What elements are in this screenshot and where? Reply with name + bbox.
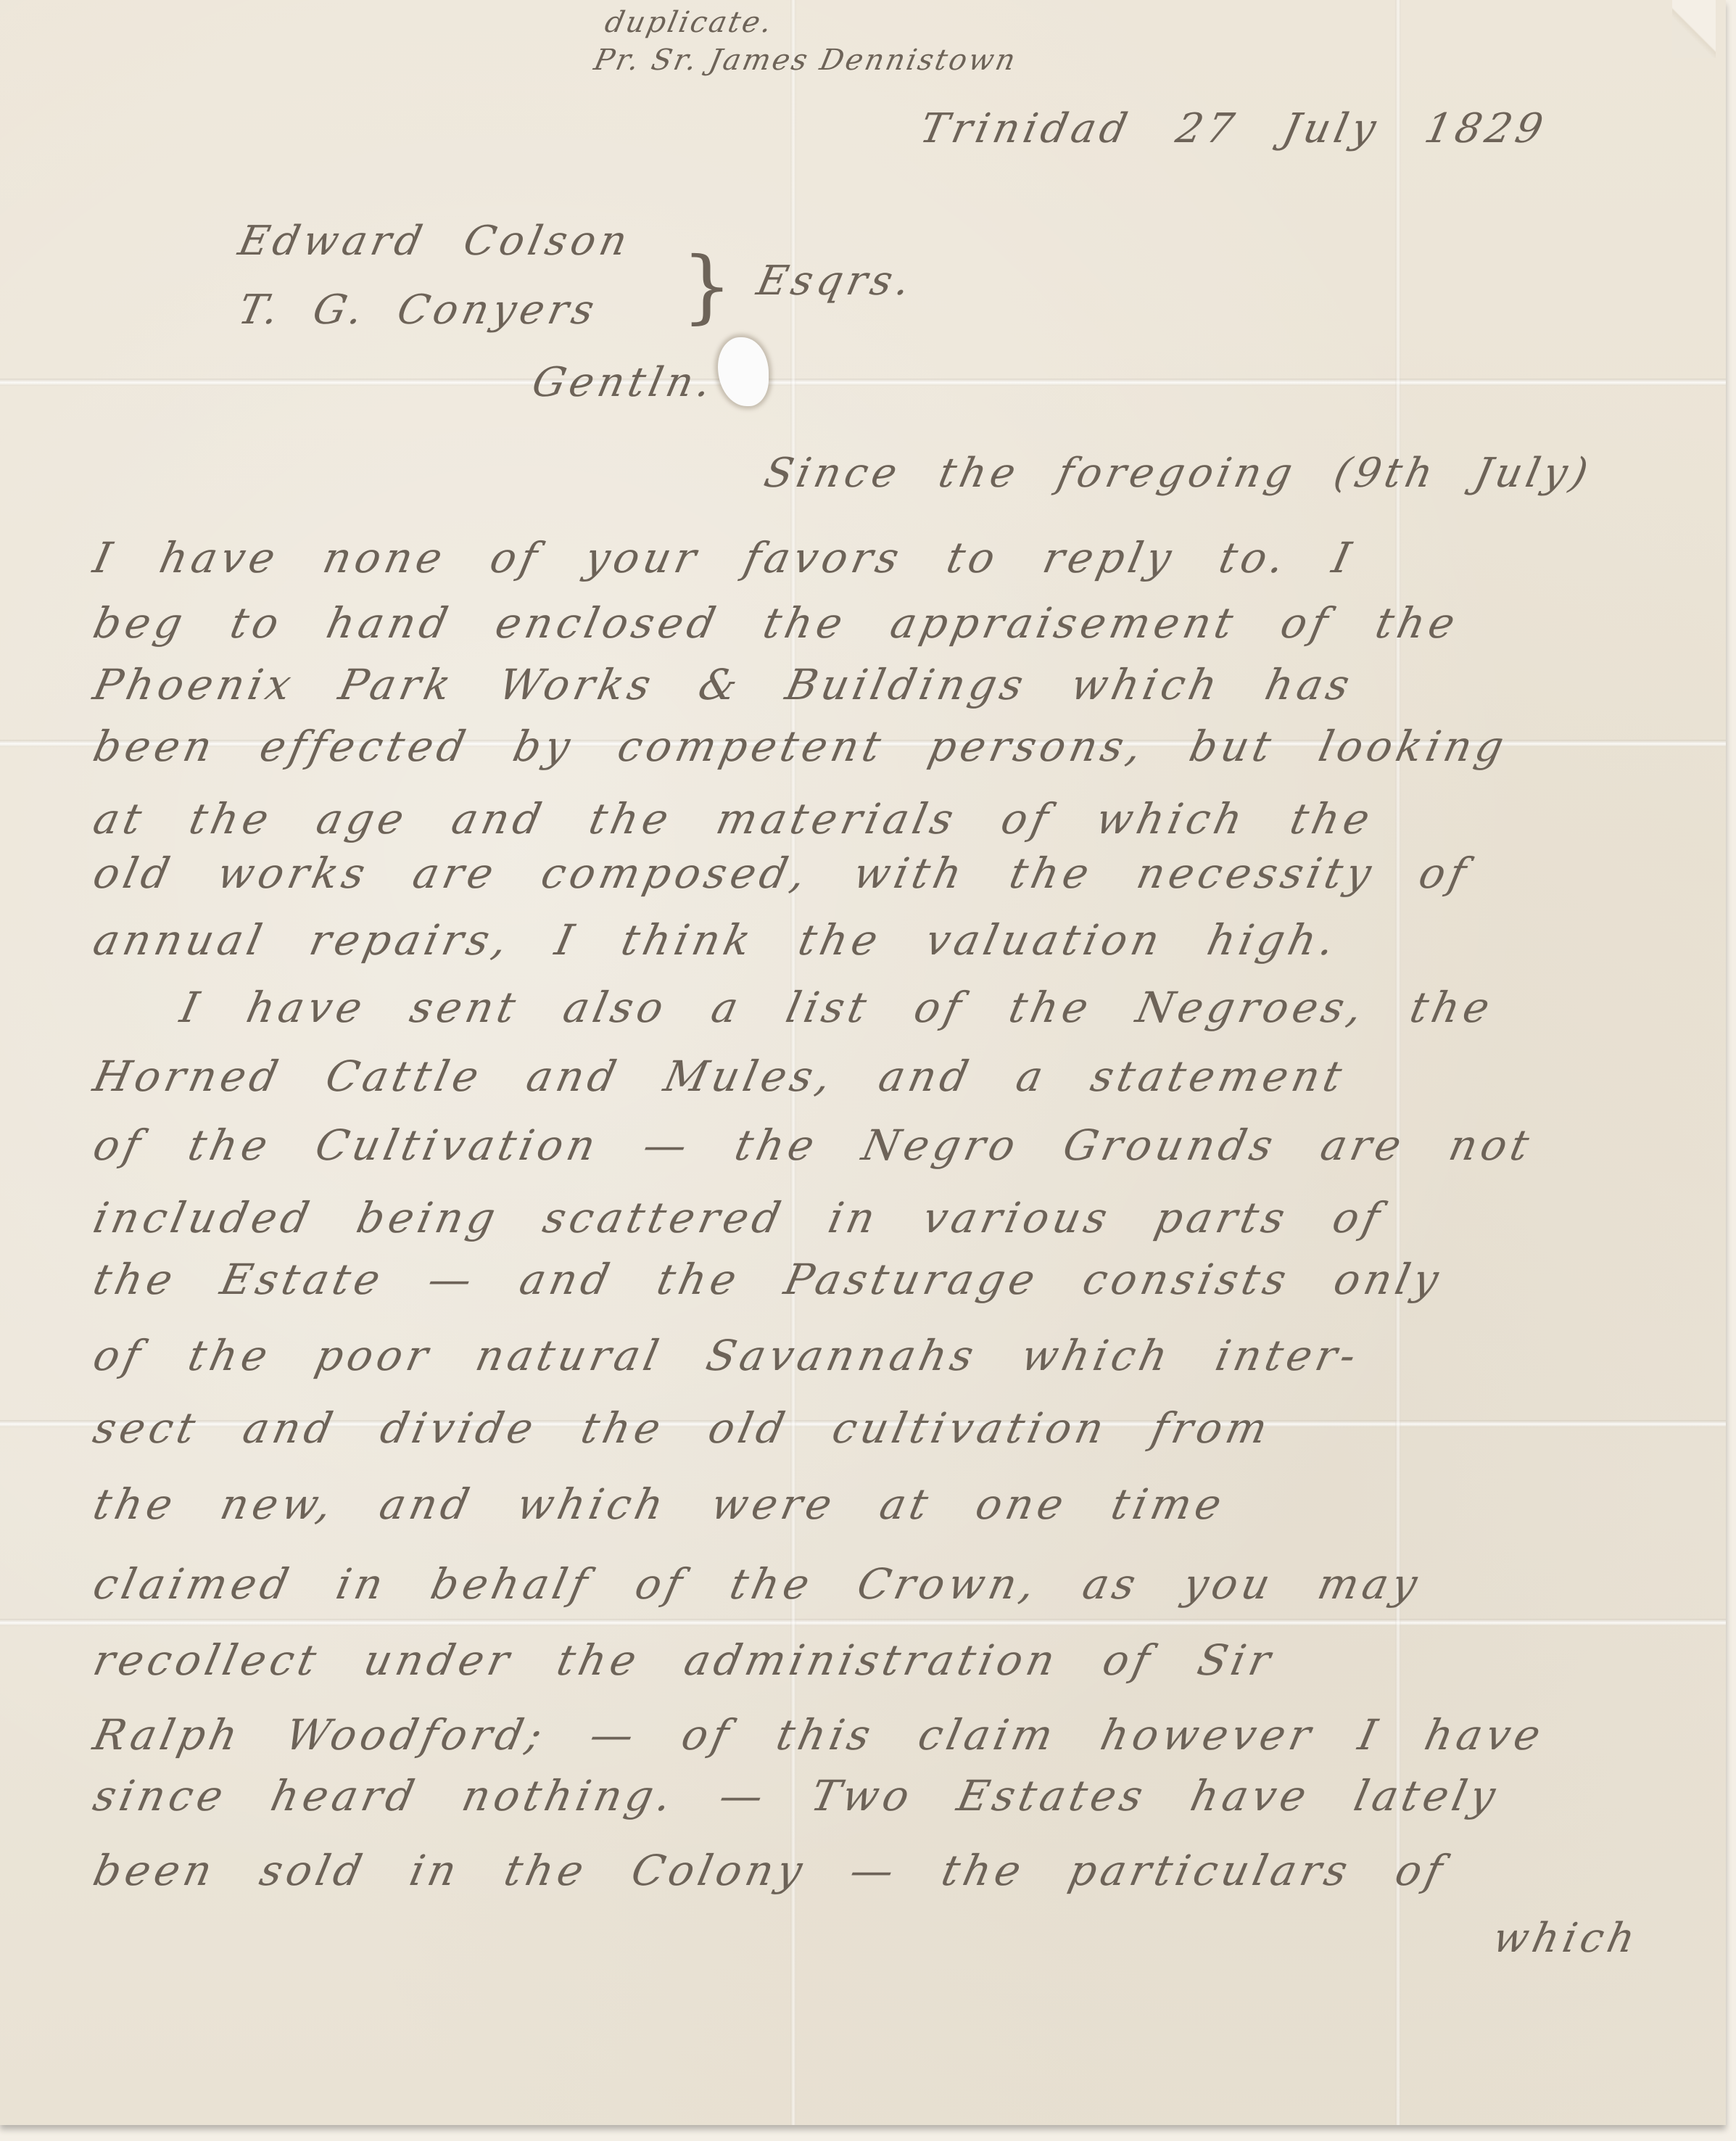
- letter-line: the new, and which were at one time: [89, 1480, 1231, 1529]
- seal-hole: [718, 337, 769, 406]
- fold-crease: [0, 1619, 1726, 1626]
- letter-line: since heard nothing. — Two Estates have …: [89, 1771, 1504, 1820]
- letter-line: sect and divide the old cultivation from: [89, 1403, 1276, 1453]
- letter-line: beg to hand enclosed the appraisement of…: [89, 598, 1464, 648]
- addressee-bracket: }: [682, 239, 737, 332]
- addressee-1: Edward Colson: [234, 218, 635, 265]
- conveyance-note: Pr. Sr. James Dennistown: [591, 44, 1020, 77]
- letter-line: old works are composed, with the necessi…: [89, 849, 1475, 898]
- letter-line: I have none of your favors to reply to. …: [89, 533, 1360, 582]
- letter-line: at the age and the materials of which th…: [89, 794, 1379, 843]
- letter-line: Ralph Woodford; — of this claim however …: [89, 1710, 1550, 1760]
- salutation: Gentln.: [528, 359, 719, 406]
- letter-line: the Estate — and the Pasturage consists …: [89, 1255, 1447, 1304]
- letter-line: been effected by competent persons, but …: [89, 722, 1513, 771]
- catchword: which: [1489, 1915, 1643, 1962]
- addressee-suffix: Esqrs.: [753, 257, 919, 305]
- letter-line: of the poor natural Savannahs which inte…: [89, 1331, 1365, 1380]
- letter-line: recollect under the administration of Si…: [89, 1635, 1279, 1685]
- letter-line: annual repairs, I think the valuation hi…: [89, 915, 1343, 965]
- letter-line: included being scattered in various part…: [89, 1193, 1389, 1242]
- folded-corner: [1672, 0, 1716, 58]
- place-date: Trinidad 27 July 1829: [916, 105, 1551, 152]
- letter-page: duplicate. Pr. Sr. James Dennistown Trin…: [0, 0, 1726, 2125]
- letter-line: been sold in the Colony — the particular…: [89, 1846, 1451, 1895]
- copy-note: duplicate.: [602, 6, 777, 39]
- fold-crease: [0, 379, 1726, 386]
- letter-line: of the Cultivation — the Negro Grounds a…: [89, 1121, 1538, 1170]
- opening-line: Since the foregoing (9th July): [760, 450, 1596, 497]
- addressee-2: T. G. Conyers: [234, 286, 603, 334]
- letter-line: Phoenix Park Works & Buildings which has: [89, 660, 1358, 709]
- letter-line: Horned Cattle and Mules, and a statement: [89, 1052, 1350, 1101]
- letter-line: I have sent also a list of the Negroes, …: [176, 983, 1498, 1032]
- letter-line: claimed in behalf of the Crown, as you m…: [89, 1559, 1426, 1609]
